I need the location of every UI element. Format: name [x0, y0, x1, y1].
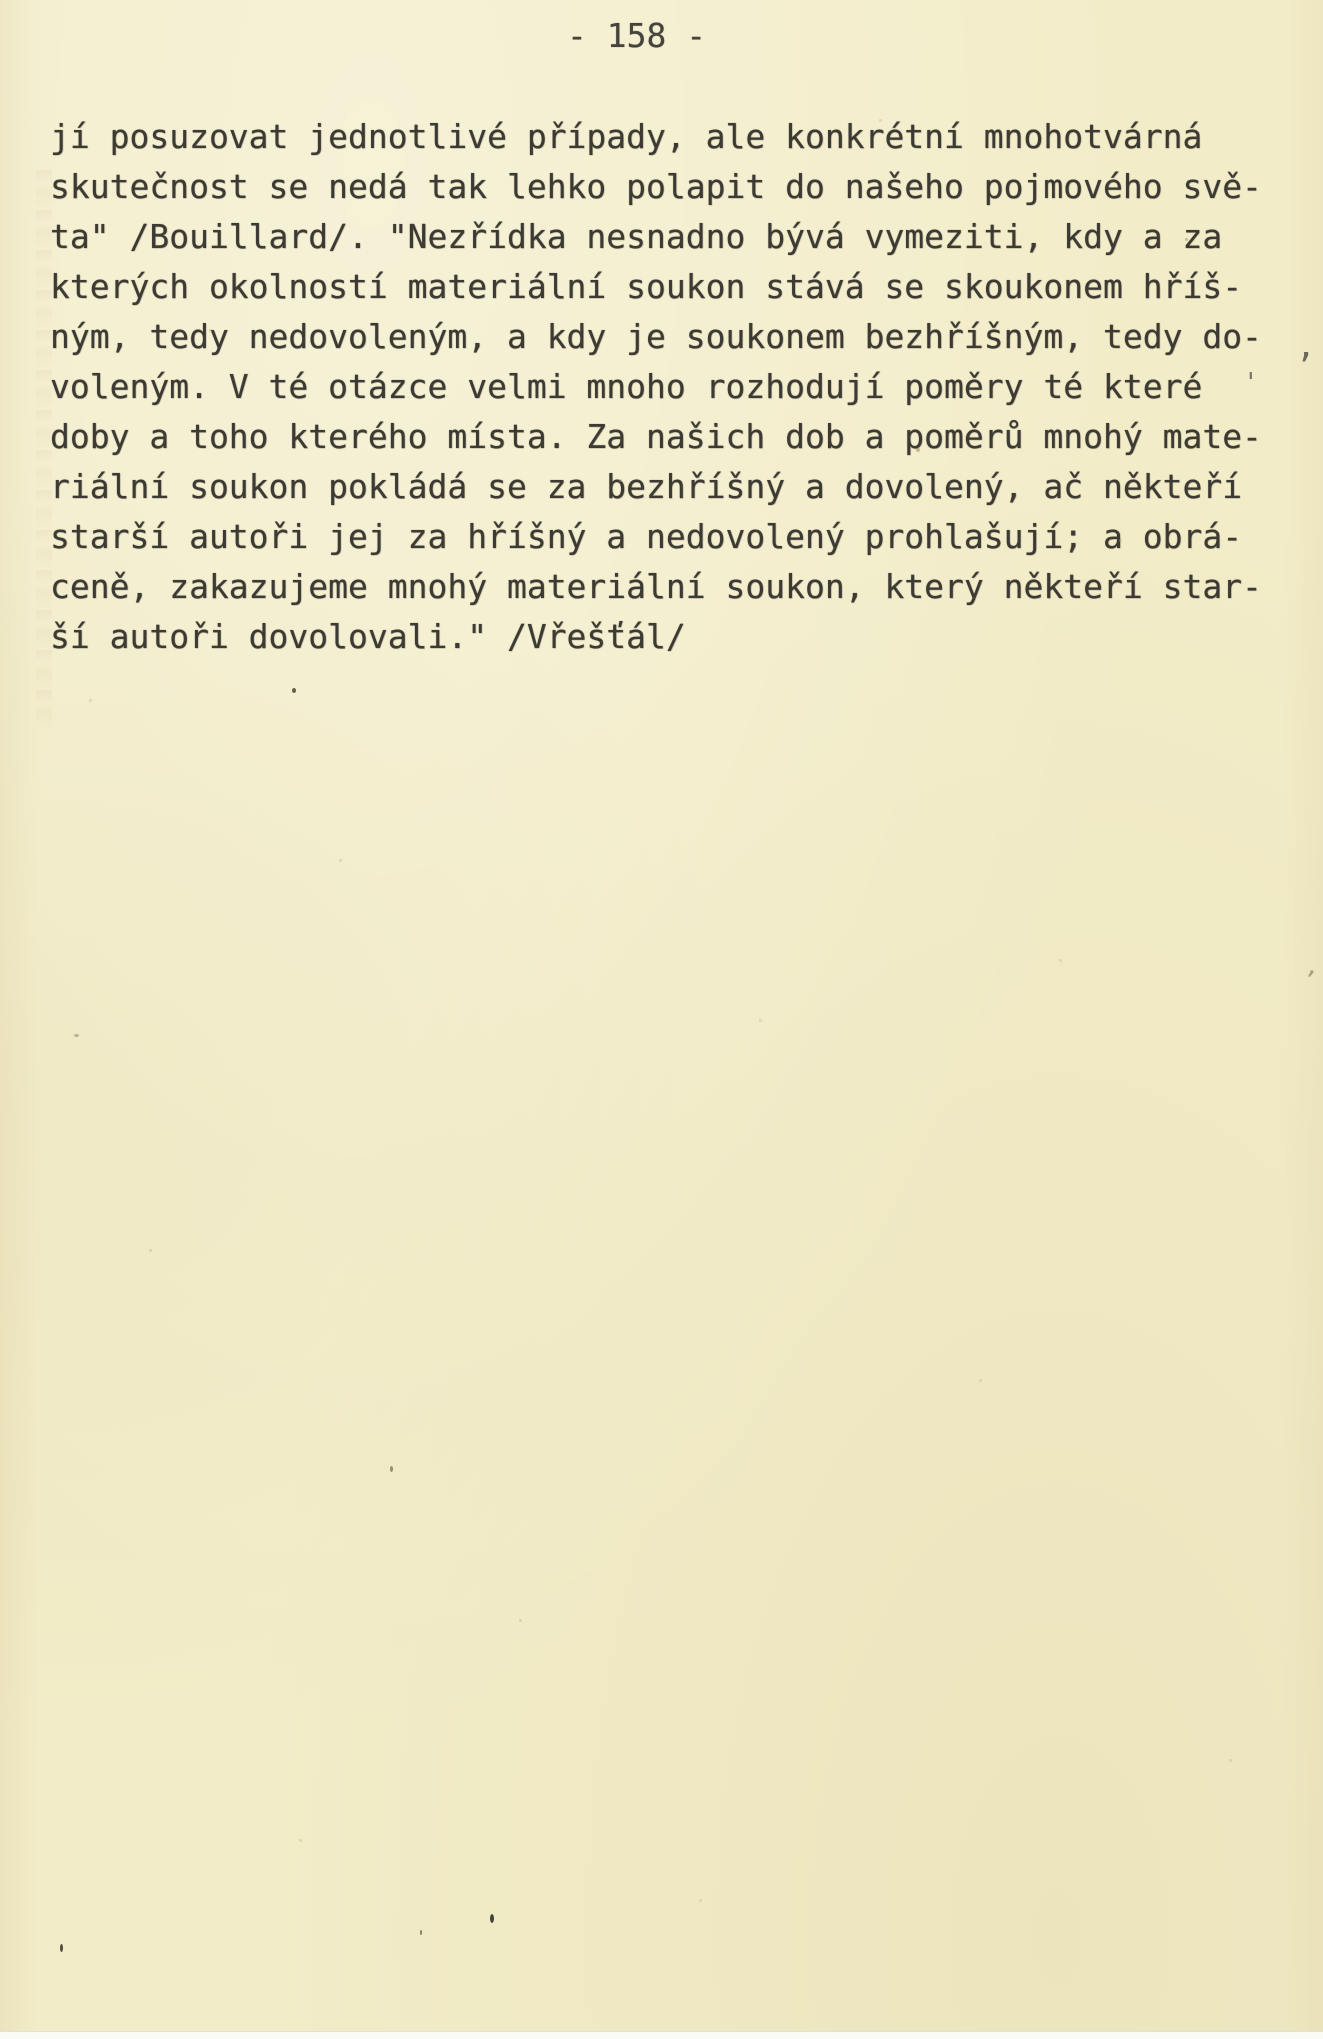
text-line: jí posuzovat jednotlivé případy, ale kon…: [50, 112, 1262, 162]
page-number: - 158 -: [567, 18, 706, 54]
text-line: voleným. V té otázce velmi mnoho rozhodu…: [50, 362, 1262, 412]
paper-texture-noise: [0, 0, 1, 1]
text-line: ným, tedy nedovoleným, a kdy je soukonem…: [50, 312, 1262, 362]
text-line: ta" /Bouillard/. "Nezřídka nesnadno bývá…: [50, 212, 1262, 262]
scanner-edge-strip: [0, 2031, 1323, 2039]
left-edge-flecks: [36, 170, 52, 730]
text-line: riální soukon pokládá se za bezhříšný a …: [50, 462, 1262, 512]
paper-speck: [60, 1944, 63, 1952]
paper-speck: [390, 1466, 393, 1472]
text-line: starší autoři jej za hříšný a nedovolený…: [50, 512, 1262, 562]
text-line: ceně, zakazujeme mnohý materiální soukon…: [50, 562, 1262, 612]
text-line: skutečnost se nedá tak lehko polapit do …: [50, 162, 1262, 212]
stray-tick-mark: ': [1243, 368, 1259, 398]
typewritten-paragraph: jí posuzovat jednotlivé případy, ale kon…: [50, 112, 1262, 662]
text-line: ší autoři dovolovali." /Vřešťál/: [50, 612, 1262, 662]
stray-comma-mark: ,: [1296, 326, 1316, 365]
edge-smudge-mark: ,: [1303, 951, 1323, 982]
paper-speck: [74, 1034, 79, 1037]
paper-speck: [420, 1930, 422, 1935]
paper-speck: [292, 688, 296, 693]
text-line: kterých okolností materiální soukon stáv…: [50, 262, 1262, 312]
paper-speck: [1185, 238, 1188, 241]
paper-speck: [490, 1914, 494, 1923]
paper-speck: [916, 448, 920, 452]
text-line: doby a toho kterého místa. Za našich dob…: [50, 412, 1262, 462]
